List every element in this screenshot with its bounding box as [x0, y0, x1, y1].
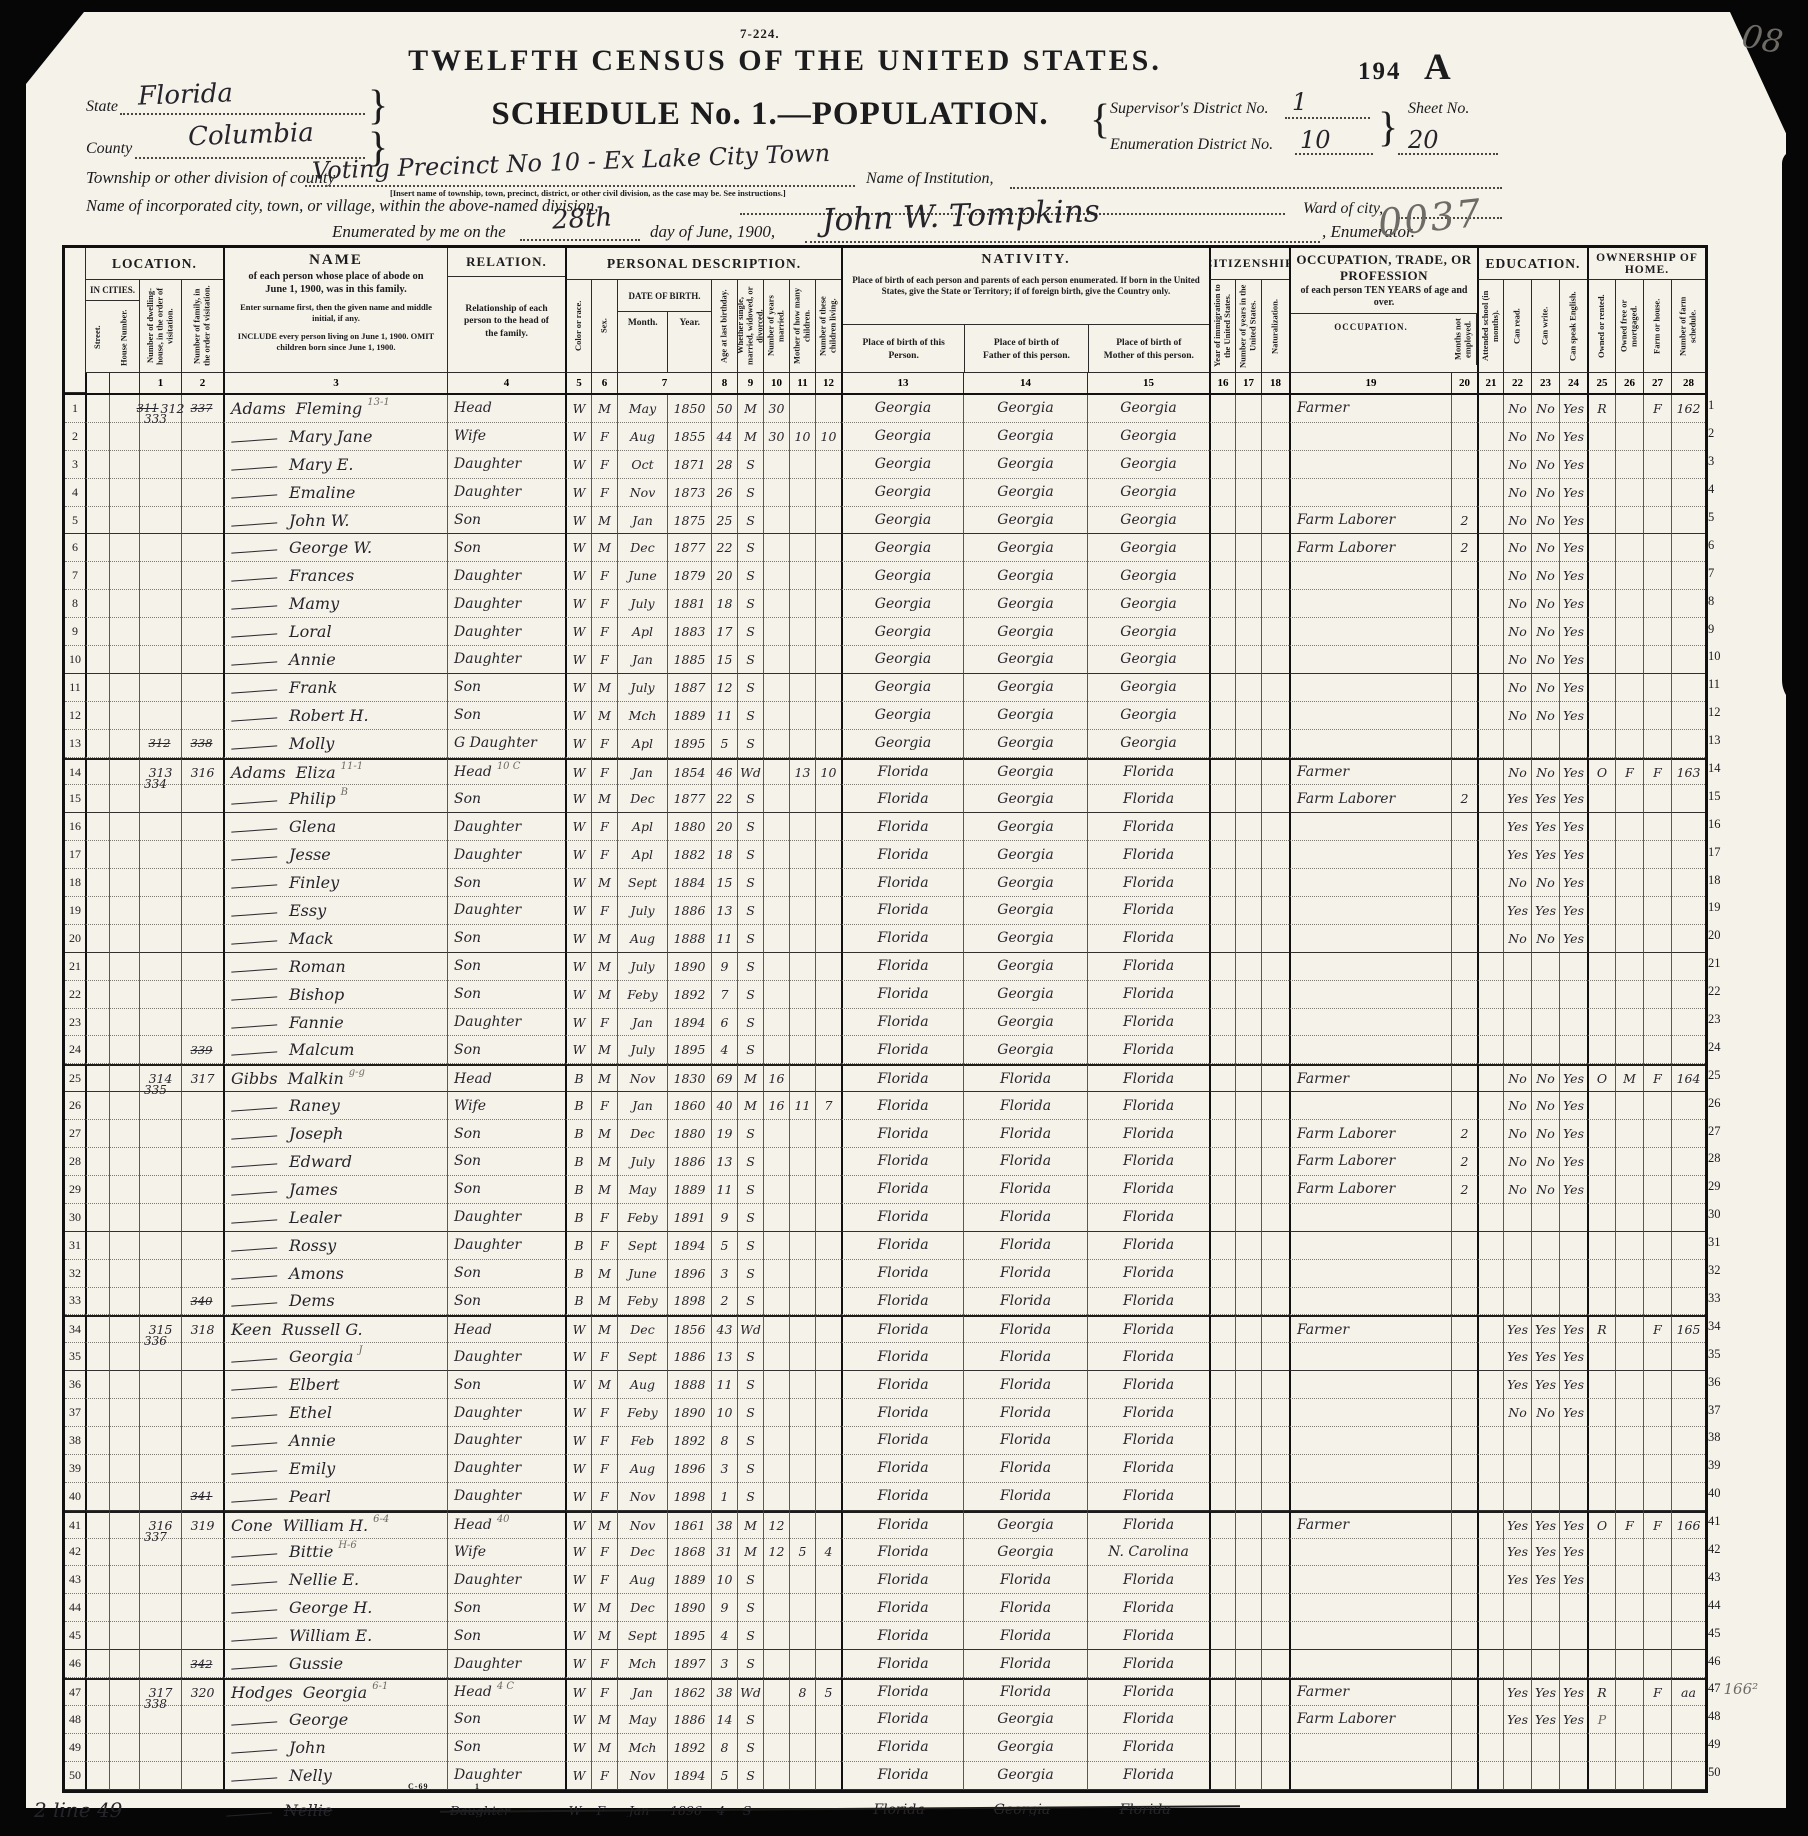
ditto-dash: [231, 681, 278, 693]
cell-mo: Jan: [617, 1678, 667, 1706]
cell-ym: [763, 1148, 789, 1176]
cell-yr: 1880: [667, 813, 711, 841]
cell-rd: No: [1503, 479, 1531, 507]
cell-own: [1587, 618, 1615, 646]
cell-pm: Florida: [1087, 1734, 1209, 1762]
cell-en: [1559, 1622, 1587, 1650]
cell-cl: [815, 1455, 841, 1483]
cell-mo: July: [617, 1036, 667, 1064]
right-row-number: 6: [1708, 531, 1768, 559]
cell-cl: [815, 1315, 841, 1343]
cell-age: 38: [711, 1511, 737, 1539]
cell-mne: [1451, 1009, 1477, 1037]
cell-ym: [763, 646, 789, 674]
cell-en: Yes: [1559, 1148, 1587, 1176]
state-value: Florida: [138, 78, 234, 111]
cell-blank: [1261, 1232, 1289, 1260]
cell-occ: Farm Laborer: [1289, 785, 1451, 813]
cell-pb: Florida: [841, 1148, 963, 1176]
relation-value: Son: [454, 958, 481, 974]
cell-fs: [1671, 1594, 1705, 1622]
cell-mc: [789, 702, 815, 730]
relation-value: Daughter: [454, 819, 521, 835]
cell-relation: Daughter: [447, 1455, 565, 1483]
cell-value: M: [598, 1042, 611, 1057]
enumeration-district-label: Enumeration District No.: [1110, 136, 1273, 154]
row-number: 4: [65, 479, 85, 507]
relation-value: Daughter: [454, 596, 521, 612]
cell-value: W: [573, 401, 586, 416]
cell-value: B: [574, 1238, 583, 1253]
cell-value: S: [746, 1405, 755, 1420]
cell-value: W: [573, 513, 586, 528]
cell-value: 163: [1677, 765, 1701, 780]
cell-fs: [1671, 590, 1705, 618]
cell-blank: [1209, 1706, 1235, 1734]
relation-value: Son: [454, 679, 481, 695]
cell-value: 1862: [674, 1685, 706, 1700]
cell-yr: 1894: [667, 1762, 711, 1790]
cell-value: F: [600, 1015, 609, 1030]
cell-blank: [1477, 1483, 1503, 1511]
cell-relation: Son: [447, 702, 565, 730]
column-number: 16: [1209, 373, 1235, 393]
sheet-value: 20: [1408, 126, 1439, 154]
relation-value: Wife: [454, 1544, 486, 1560]
cell-value: 1894: [674, 1015, 706, 1030]
cell-mo: May: [617, 1176, 667, 1204]
cell-mo: Feby: [617, 1288, 667, 1316]
cell-dwelling-number: [139, 590, 181, 618]
cell-rd: [1503, 1232, 1531, 1260]
right-row-number: 40: [1708, 1480, 1768, 1508]
cell-relation: Son: [447, 1036, 565, 1064]
cell-value: 2: [1461, 513, 1469, 528]
cell-value: Georgia: [875, 624, 931, 640]
right-row-number: 45: [1708, 1619, 1768, 1647]
cell-cl: [815, 702, 841, 730]
cell-value: Farmer: [1297, 1071, 1349, 1087]
ditto-dash: [231, 1016, 278, 1028]
cell-cl: [815, 1343, 841, 1371]
cell-cl: [815, 785, 841, 813]
cell-value: 4: [721, 1042, 729, 1057]
name-note: INCLUDE every person living on June 1, 1…: [225, 325, 447, 353]
cell-mc: [789, 1566, 815, 1594]
cell-house-number: [109, 1594, 139, 1622]
cell-mc: [789, 1399, 815, 1427]
cell-name: Joseph: [223, 1120, 447, 1148]
cell-blank: [1477, 618, 1503, 646]
cell-pf: Georgia: [963, 1036, 1087, 1064]
ditto-dash: [231, 1630, 278, 1642]
cell-relation: Son: [447, 1706, 565, 1734]
cell-m: S: [737, 1483, 763, 1511]
cell-ym: [763, 590, 789, 618]
cell-cl: [815, 1148, 841, 1176]
cell-mne: [1451, 423, 1477, 451]
cell-pf: Florida: [963, 1399, 1087, 1427]
cell-dwelling-number: 311312333: [139, 395, 181, 423]
cell-blank: [1209, 1762, 1235, 1790]
cell-pb: Georgia: [841, 534, 963, 562]
cell-en: Yes: [1559, 423, 1587, 451]
cell-value: 8: [721, 1740, 729, 1755]
cell-s: F: [591, 1566, 617, 1594]
cell-value: Florida: [1000, 1600, 1051, 1616]
cell-pm: Florida: [1087, 1176, 1209, 1204]
surname: Hodges: [231, 1683, 293, 1702]
cell-value: Yes: [1563, 1349, 1584, 1364]
cell-s: M: [591, 981, 617, 1009]
cell-pb: Georgia: [841, 646, 963, 674]
cell-value: 5: [825, 1685, 833, 1700]
cell-blank: [1209, 395, 1235, 423]
cell-blank: [1261, 1288, 1289, 1316]
pencil-annotation: 10 C: [497, 761, 521, 772]
cell-cl: [815, 507, 841, 535]
cell-blank: [1477, 1371, 1503, 1399]
cell-blank: [1209, 1036, 1235, 1064]
cell-value: Florida: [877, 875, 928, 891]
given-name: George W.: [289, 538, 372, 557]
column-number: 28: [1671, 373, 1705, 393]
cell-value: Georgia: [997, 400, 1053, 416]
cell-cl: [815, 1260, 841, 1288]
cell-value: Georgia: [1120, 707, 1176, 723]
cell-dwelling-number: [139, 423, 181, 451]
given-name: Malcum: [289, 1040, 354, 1059]
cell-own: R: [1587, 1315, 1615, 1343]
cell-value: 9: [721, 1210, 729, 1225]
right-row-number: 22: [1708, 978, 1768, 1006]
cell-own: [1587, 1120, 1615, 1148]
cell-value: Florida: [877, 1322, 928, 1338]
cell-blank: [1477, 1064, 1503, 1092]
given-name: Mack: [289, 929, 334, 948]
right-row-number: 31: [1708, 1229, 1768, 1257]
enumerated-prefix: Enumerated by me on the: [332, 222, 506, 242]
ditto-dash: [231, 598, 278, 610]
column-number: 23: [1531, 373, 1559, 393]
cell-rd: No: [1503, 646, 1531, 674]
cell-en: Yes: [1559, 451, 1587, 479]
cell-fh: [1643, 1650, 1671, 1678]
cell-blank: [1209, 1204, 1235, 1232]
cell-relation: G Daughter: [447, 730, 565, 758]
cell-blank: [1261, 925, 1289, 953]
cell-value: Jan: [632, 652, 653, 667]
cell-value: 1871: [674, 457, 706, 472]
cell-age: 20: [711, 813, 737, 841]
cell-family-number: [181, 1120, 223, 1148]
cell-blank: [1261, 1539, 1289, 1567]
cell-value: Florida: [877, 1293, 928, 1309]
cell-occ: [1289, 702, 1451, 730]
cell-own: [1587, 562, 1615, 590]
cell-fs: [1671, 785, 1705, 813]
ditto-dash: [231, 1267, 278, 1279]
cell-name: Pearl: [223, 1483, 447, 1511]
cell-pf: Georgia: [963, 702, 1087, 730]
cell-value: O: [1597, 1071, 1607, 1086]
enumeration-line: [1295, 152, 1373, 155]
cell-value: Florida: [1123, 1739, 1174, 1755]
cell-pf: Georgia: [963, 897, 1087, 925]
cell-value: Apl: [632, 847, 653, 862]
cell-value: 3: [721, 1461, 729, 1476]
right-row-number: 21: [1708, 950, 1768, 978]
cell-mne: [1451, 1650, 1477, 1678]
cell-ym: [763, 981, 789, 1009]
cell-yr: 1884: [667, 869, 711, 897]
cell-cl: 5: [815, 1678, 841, 1706]
cell-blank: [1477, 479, 1503, 507]
column-number: 20: [1451, 373, 1477, 393]
marital-status-header: Whether single, married, widowed, or div…: [737, 280, 763, 373]
given-name: Russell G.: [282, 1320, 363, 1339]
cell-value: 1883: [674, 624, 706, 639]
relation-desc: Relationship of each person to the head …: [448, 277, 565, 340]
pencil-annotation: 4 C: [497, 1681, 514, 1692]
cell-cl: 4: [815, 1539, 841, 1567]
cell-relation: Son: [447, 1734, 565, 1762]
given-name: William H.: [283, 1516, 368, 1535]
cell-value: Florida: [877, 1767, 928, 1783]
cell-fs: [1671, 1232, 1705, 1260]
cell-occ: Farmer: [1289, 1678, 1451, 1706]
cell-mc: [789, 618, 815, 646]
row-number: 14: [65, 758, 85, 786]
ditto-dash: [231, 1574, 278, 1586]
cell-fs: [1671, 1622, 1705, 1650]
cell-c: W: [565, 534, 591, 562]
cell-pm: Florida: [1087, 1204, 1209, 1232]
cell-value: 1892: [674, 1740, 706, 1755]
cell-occ: [1289, 1455, 1451, 1483]
cell-value: Florida: [1123, 875, 1174, 891]
cell-yr: 1894: [667, 1232, 711, 1260]
cell-value: 6: [721, 1015, 729, 1030]
cell-value: 18: [717, 596, 733, 611]
cell-value: M: [598, 959, 611, 974]
cell-fs: [1671, 1706, 1705, 1734]
cell-blank: [1261, 1650, 1289, 1678]
cell-blank: [1477, 1176, 1503, 1204]
cell-m: Wd: [737, 758, 763, 786]
cell-blank: [1477, 646, 1503, 674]
cell-blank: [1261, 981, 1289, 1009]
cell-m: S: [737, 981, 763, 1009]
cell-own: [1587, 730, 1615, 758]
cell-fs: [1671, 953, 1705, 981]
ditto-dash: [231, 821, 278, 833]
cell-fs: [1671, 1343, 1705, 1371]
can-read-label: Can read.: [1504, 280, 1531, 372]
cell-blank: [1209, 1678, 1235, 1706]
cell-blank: [1261, 1734, 1289, 1762]
cell-yr: 1894: [667, 1009, 711, 1037]
cell-pb: Georgia: [841, 674, 963, 702]
cell-value: Georgia: [997, 764, 1053, 780]
cell-mo: Sept: [617, 869, 667, 897]
cell-blank: [1261, 1120, 1289, 1148]
cell-value: Georgia: [875, 400, 931, 416]
cell-fs: [1671, 507, 1705, 535]
cell-mne: [1451, 1483, 1477, 1511]
schedule-title: SCHEDULE No. 1.—POPULATION.: [470, 96, 1070, 133]
cell-age: 26: [711, 479, 737, 507]
ditto-dash: [231, 514, 278, 526]
cell-fm: [1615, 1315, 1643, 1343]
cell-value: Georgia: [997, 1767, 1053, 1783]
cell-fs: 164: [1671, 1064, 1705, 1092]
cell-yr: 1896: [667, 1260, 711, 1288]
cell-dwelling-number: [139, 981, 181, 1009]
cell-c: W: [565, 1539, 591, 1567]
row-number: 41: [65, 1511, 85, 1539]
cell-occ: [1289, 562, 1451, 590]
cell-wr: No: [1531, 507, 1559, 535]
cell-blank: [1235, 1009, 1261, 1037]
cell-name: HodgesGeorgia6-1: [223, 1678, 447, 1706]
cell-s: F: [591, 562, 617, 590]
cell-m: S: [737, 1176, 763, 1204]
cell-value: No: [1508, 457, 1526, 472]
cell-rd: No: [1503, 618, 1531, 646]
cell-value: Georgia: [875, 707, 931, 723]
cell-blank: [1209, 1622, 1235, 1650]
cell-value: Florida: [1123, 1071, 1174, 1087]
cell-value: Florida: [1123, 1042, 1174, 1058]
cell-age: 1: [711, 1483, 737, 1511]
cell-own: [1587, 1371, 1615, 1399]
cell-en: [1559, 981, 1587, 1009]
cell-street: [85, 1427, 109, 1455]
row-number: 6: [65, 534, 85, 562]
years-in-us-header: Number of years in the United States.: [1235, 280, 1261, 373]
cell-fm: [1615, 1176, 1643, 1204]
cell-yr: 1861: [667, 1511, 711, 1539]
cell-age: 5: [711, 730, 737, 758]
cell-value: S: [746, 1349, 755, 1364]
cell-ym: [763, 1036, 789, 1064]
cell-mc: [789, 1036, 815, 1064]
cell-blank: [1261, 1511, 1289, 1539]
cell-yr: 1855: [667, 423, 711, 451]
cell-mne: [1451, 1622, 1477, 1650]
cell-mne: [1451, 1204, 1477, 1232]
cell-mne: [1451, 1539, 1477, 1567]
cell-value: 3: [721, 1266, 729, 1281]
cell-fs: [1671, 1176, 1705, 1204]
cell-value: W: [573, 1712, 586, 1727]
cell-value: S: [746, 1768, 755, 1783]
cell-pf: Florida: [963, 1427, 1087, 1455]
cell-value: Georgia: [997, 1711, 1053, 1727]
cell-fm: [1615, 1009, 1643, 1037]
cell-en: Yes: [1559, 646, 1587, 674]
cell-value: Florida: [877, 1517, 928, 1533]
cell-cl: [815, 1009, 841, 1037]
cell-pm: Florida: [1087, 785, 1209, 813]
cell-relation: Son: [447, 1176, 565, 1204]
cell-fh: [1643, 1260, 1671, 1288]
cell-street: [85, 1734, 109, 1762]
cell-value: M: [598, 1712, 611, 1727]
cell-value: 10: [717, 1405, 733, 1420]
cell-value: Florida: [877, 1265, 928, 1281]
cell-fm: [1615, 590, 1643, 618]
cell-value: Florida: [877, 1405, 928, 1421]
attended-school-header: Attended school (in months).: [1477, 280, 1503, 373]
cell-pf: Florida: [963, 1232, 1087, 1260]
cell-family-number: [181, 1204, 223, 1232]
cell-fs: [1671, 1036, 1705, 1064]
given-name: Lealer: [289, 1208, 341, 1227]
cell-mc: [789, 562, 815, 590]
cell-value: May: [629, 1712, 656, 1727]
right-row-number: 24: [1708, 1033, 1768, 1061]
cell-ym: [763, 1455, 789, 1483]
enumerated-day: 28th: [551, 202, 613, 235]
cell-value: Sept: [628, 1349, 657, 1364]
cell-family-number: [181, 1343, 223, 1371]
cell-value: B: [574, 1154, 583, 1169]
cell-value: Georgia: [997, 679, 1053, 695]
cell-pb: Florida: [841, 1622, 963, 1650]
relation-value: Son: [454, 1600, 481, 1616]
immigration-year-label: Year of immigration to the United States…: [1211, 280, 1235, 372]
cell-fs: [1671, 1455, 1705, 1483]
cell-rd: Yes: [1503, 1511, 1531, 1539]
cell-house-number: [109, 981, 139, 1009]
cell-value: 46: [717, 765, 733, 780]
cell-value: Dec: [630, 1544, 654, 1559]
column-number: 12: [815, 373, 841, 393]
cell-en: [1559, 1260, 1587, 1288]
cell-value: Yes: [1535, 1544, 1556, 1559]
ditto-dash: [231, 793, 278, 805]
cell-mc: [789, 646, 815, 674]
cell-family-number: [181, 1176, 223, 1204]
cell-value: Dec: [630, 1600, 654, 1615]
cell-value: 12: [769, 1544, 785, 1559]
cell-blank: [1209, 841, 1235, 869]
cell-house-number: [109, 534, 139, 562]
cell-value: 2: [1461, 1182, 1469, 1197]
ditto-dash: [231, 1044, 278, 1056]
cell-value: Nov: [630, 485, 656, 500]
cell-value: 15: [717, 652, 733, 667]
cell-value: 28: [717, 457, 733, 472]
cell-value: Florida: [1123, 1628, 1174, 1644]
cell-value: Farm Laborer: [1297, 512, 1395, 528]
row-number: 22: [65, 981, 85, 1009]
cell-blank: [1261, 1483, 1289, 1511]
cell-name: George: [223, 1706, 447, 1734]
cell-pb: Florida: [841, 785, 963, 813]
cell-value: S: [746, 1126, 755, 1141]
cell-blank: [1235, 1064, 1261, 1092]
row-number: 8: [65, 590, 85, 618]
cell-blank: [1235, 562, 1261, 590]
cell-value: Georgia: [875, 428, 931, 444]
cell-name: Lealer: [223, 1204, 447, 1232]
given-name: Robert H.: [289, 706, 369, 725]
cell-fs: [1671, 925, 1705, 953]
cell-value: W: [573, 819, 586, 834]
